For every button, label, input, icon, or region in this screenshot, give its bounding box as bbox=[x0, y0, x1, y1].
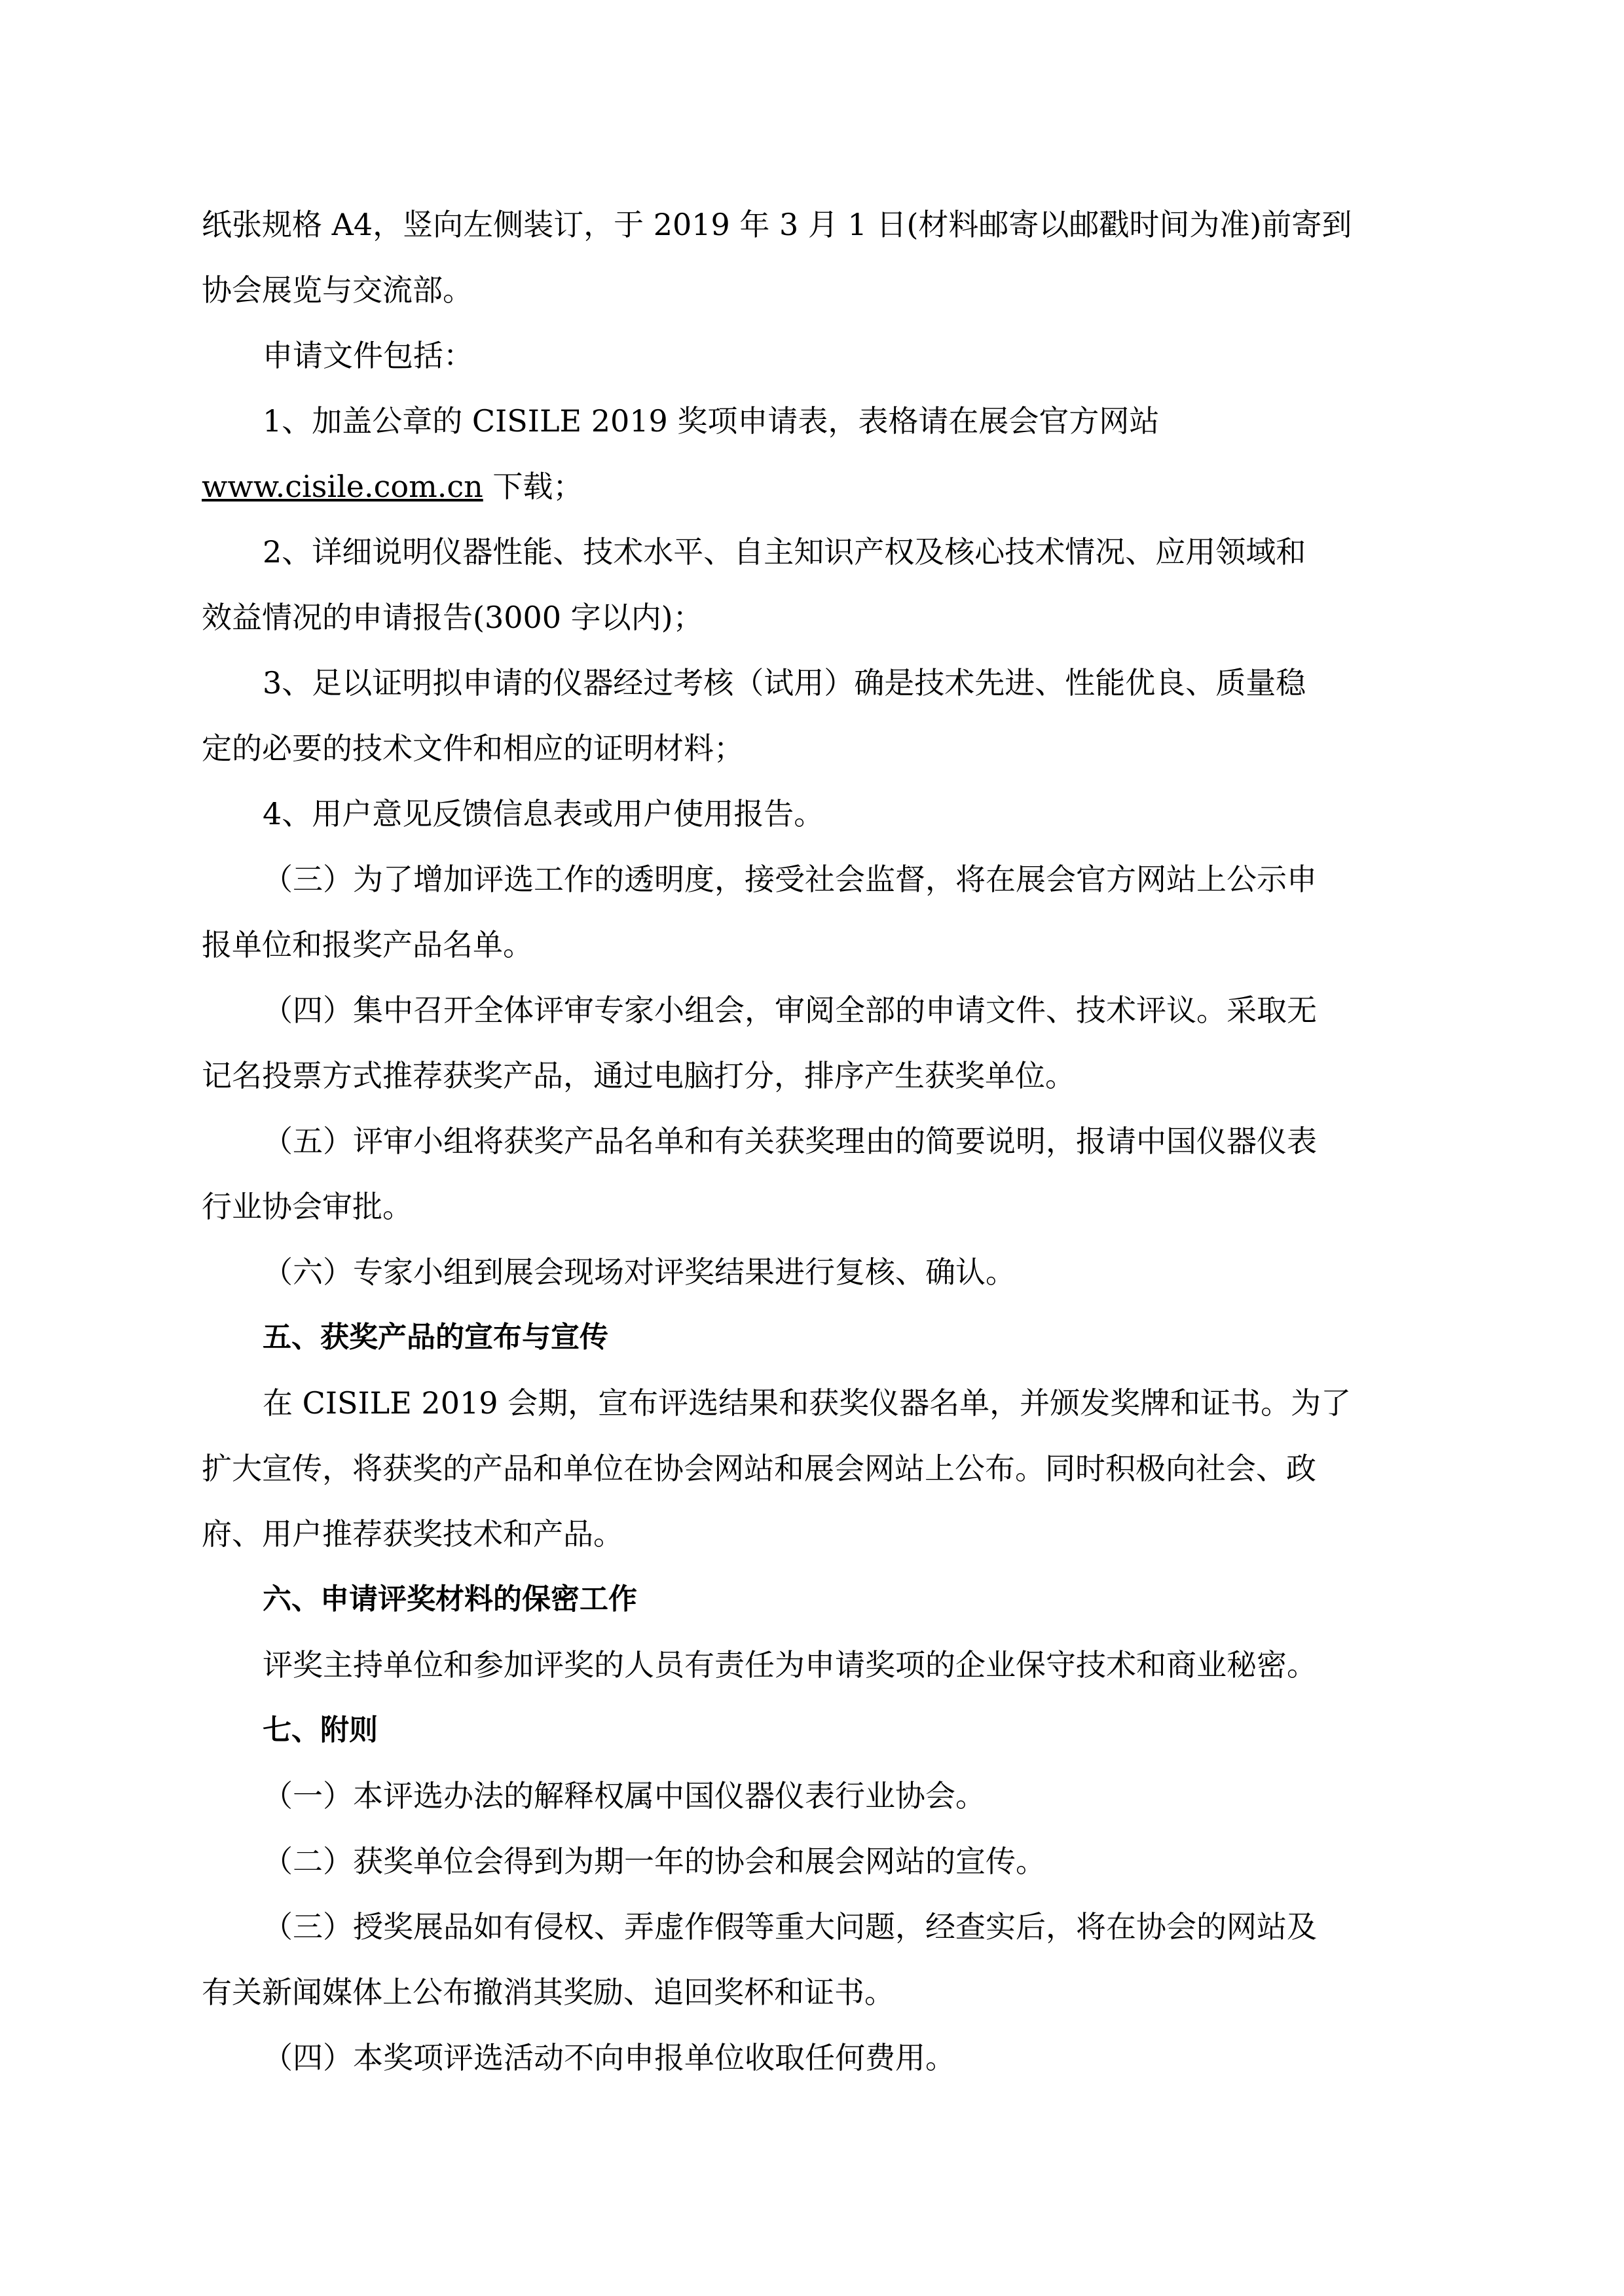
website-link[interactable]: www.cisile.com.cn bbox=[202, 469, 483, 504]
text-segment: 2019 bbox=[591, 403, 668, 439]
section-heading: 五、获奖产品的宣布与宣传 bbox=[202, 1321, 1413, 1354]
text-line: 1、加盖公章的 CISILE 2019 奖项申请表，表格请在展会官方网站 bbox=[263, 405, 1413, 437]
text-segment: 奖项申请表，表格请在展会官方网站 bbox=[677, 403, 1159, 439]
list-item-application-form: 1、加盖公章的 CISILE 2019 奖项申请表，表格请在展会官方网站 www… bbox=[202, 405, 1413, 503]
text-line: 定的必要的技术文件和相应的证明材料； bbox=[202, 732, 1413, 765]
list-item-user-feedback: 4、用户意见反馈信息表或用户使用报告。 bbox=[202, 797, 1413, 830]
text-line: 2、详细说明仪器性能、技术水平、自主知识产权及核心技术情况、应用领域和 bbox=[202, 536, 1413, 568]
paragraph-docs-include: 申请文件包括： bbox=[202, 339, 1413, 372]
section-heading-confidentiality: 六、申请评奖材料的保密工作 bbox=[202, 1583, 1413, 1616]
text-line: （三）授奖展品如有侵权、弄虚作假等重大问题，经查实后，将在协会的网站及 bbox=[202, 1910, 1413, 1943]
text-line: （三）为了增加评选工作的透明度，接受社会监督，将在展会官方网站上公示申 bbox=[202, 863, 1413, 896]
text-segment: 1、加盖公章的 bbox=[263, 403, 462, 439]
text-line: 3、足以证明拟申请的仪器经过考核（试用）确是技术先进、性能优良、质量稳 bbox=[202, 666, 1413, 699]
list-item-application-report: 2、详细说明仪器性能、技术水平、自主知识产权及核心技术情况、应用领域和 效益情况… bbox=[202, 536, 1413, 634]
text-segment: CISILE bbox=[472, 403, 581, 439]
text-line: 效益情况的申请报告(3000 字以内)； bbox=[202, 601, 1413, 634]
paragraph-supplementary-2: （二）获奖单位会得到为期一年的协会和展会网站的宣传。 bbox=[202, 1845, 1413, 1878]
paragraph-step-3-publicity: （三）为了增加评选工作的透明度，接受社会监督，将在展会官方网站上公示申 报单位和… bbox=[202, 863, 1413, 961]
paragraph-step-6-verification: （六）专家小组到展会现场对评奖结果进行复核、确认。 bbox=[202, 1256, 1413, 1288]
text-line: （一）本评选办法的解释权属中国仪器仪表行业协会。 bbox=[202, 1779, 1413, 1812]
text-line: www.cisile.com.cn 下载； bbox=[202, 470, 1413, 503]
document-page: 纸张规格 A4，竖向左侧装订，于 2019 年 3 月 1 日(材料邮寄以邮戳时… bbox=[202, 208, 1413, 2107]
paragraph-step-5-approval: （五）评审小组将获奖产品名单和有关获奖理由的简要说明，报请中国仪器仪表 行业协会… bbox=[202, 1125, 1413, 1223]
text-line: 府、用户推荐获奖技术和产品。 bbox=[202, 1518, 1413, 1550]
section-heading-announcement: 五、获奖产品的宣布与宣传 bbox=[202, 1321, 1413, 1354]
text-line: 记名投票方式推荐获奖产品，通过电脑打分，排序产生获奖单位。 bbox=[202, 1059, 1413, 1092]
text-line: 协会展览与交流部。 bbox=[202, 274, 1413, 306]
text-line: （二）获奖单位会得到为期一年的协会和展会网站的宣传。 bbox=[202, 1845, 1413, 1878]
text-line: 扩大宣传，将获奖的产品和单位在协会网站和展会网站上公布。同时积极向社会、政 bbox=[202, 1452, 1413, 1485]
text-line: 4、用户意见反馈信息表或用户使用报告。 bbox=[202, 797, 1413, 830]
text-line: 有关新闻媒体上公布撤消其奖励、追回奖杯和证书。 bbox=[202, 1976, 1413, 2009]
paragraph-announcement: 在 CISILE 2019 会期，宣布评选结果和获奖仪器名单，并颁发奖牌和证书。… bbox=[202, 1387, 1413, 1550]
text-line: 行业协会审批。 bbox=[202, 1190, 1413, 1223]
paragraph-supplementary-1: （一）本评选办法的解释权属中国仪器仪表行业协会。 bbox=[202, 1779, 1413, 1812]
paragraph-step-4-review: （四）集中召开全体评审专家小组会，审阅全部的申请文件、技术评议。采取无 记名投票… bbox=[202, 994, 1413, 1092]
section-heading: 六、申请评奖材料的保密工作 bbox=[202, 1583, 1413, 1616]
paragraph-submission-deadline: 纸张规格 A4，竖向左侧装订，于 2019 年 3 月 1 日(材料邮寄以邮戳时… bbox=[202, 208, 1413, 306]
text-line: 申请文件包括： bbox=[202, 339, 1413, 372]
paragraph-supplementary-3: （三）授奖展品如有侵权、弄虚作假等重大问题，经查实后，将在协会的网站及 有关新闻… bbox=[202, 1910, 1413, 2009]
paragraph-confidentiality: 评奖主持单位和参加评奖的人员有责任为申请奖项的企业保守技术和商业秘密。 bbox=[202, 1649, 1413, 1681]
text-line: （六）专家小组到展会现场对评奖结果进行复核、确认。 bbox=[202, 1256, 1413, 1288]
section-heading-supplementary: 七、附则 bbox=[202, 1714, 1413, 1747]
text-segment: 下载； bbox=[483, 469, 583, 504]
text-line: 评奖主持单位和参加评奖的人员有责任为申请奖项的企业保守技术和商业秘密。 bbox=[202, 1649, 1413, 1681]
text-line: 报单位和报奖产品名单。 bbox=[202, 928, 1413, 961]
section-heading: 七、附则 bbox=[202, 1714, 1413, 1747]
paragraph-supplementary-4: （四）本奖项评选活动不向申报单位收取任何费用。 bbox=[202, 2041, 1413, 2074]
text-line: 纸张规格 A4，竖向左侧装订，于 2019 年 3 月 1 日(材料邮寄以邮戳时… bbox=[202, 208, 1413, 241]
list-item-technical-documents: 3、足以证明拟申请的仪器经过考核（试用）确是技术先进、性能优良、质量稳 定的必要… bbox=[202, 666, 1413, 765]
text-line: 在 CISILE 2019 会期，宣布评选结果和获奖仪器名单，并颁发奖牌和证书。… bbox=[202, 1387, 1413, 1419]
text-line: （四）本奖项评选活动不向申报单位收取任何费用。 bbox=[202, 2041, 1413, 2074]
text-line: （五）评审小组将获奖产品名单和有关获奖理由的简要说明，报请中国仪器仪表 bbox=[202, 1125, 1413, 1157]
text-line: （四）集中召开全体评审专家小组会，审阅全部的申请文件、技术评议。采取无 bbox=[202, 994, 1413, 1027]
